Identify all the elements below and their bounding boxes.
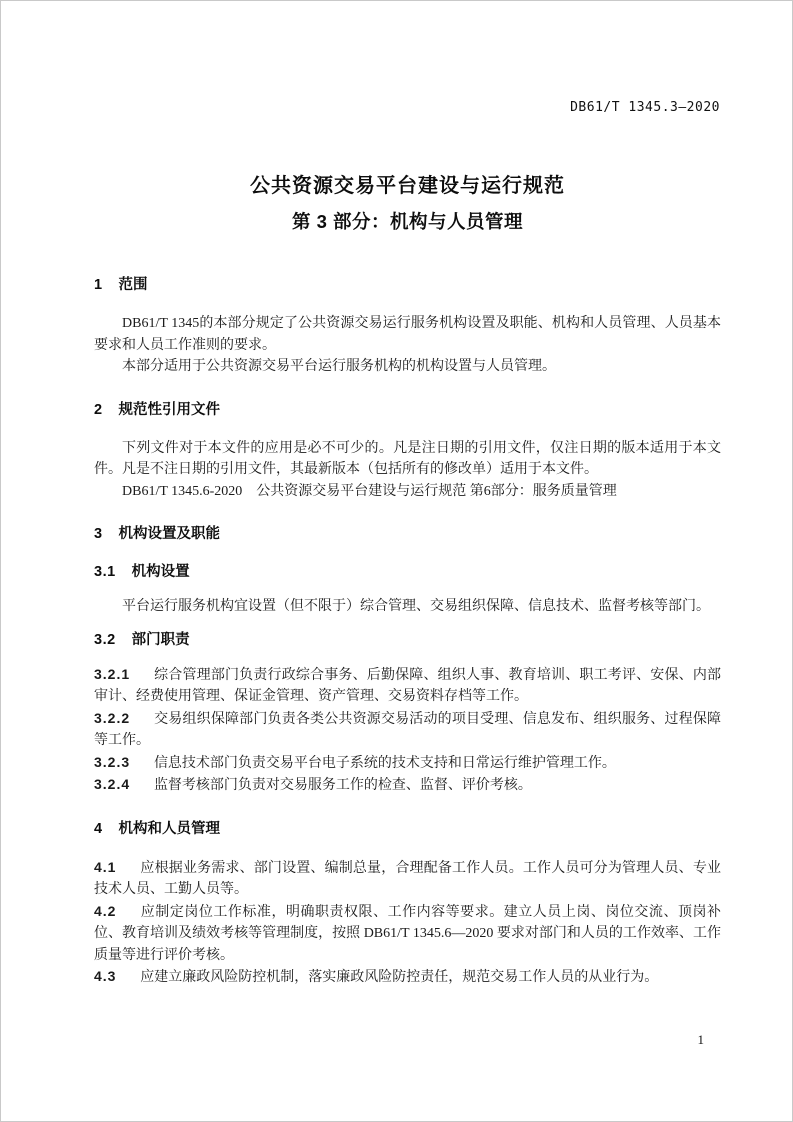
clause-3-2-3-number: 3.2.3 [94,754,130,770]
clause-4-3-number: 4.3 [94,968,116,984]
document-page: DB61/T 1345.3—2020 公共资源交易平台建设与运行规范 第 3 部… [0,0,793,1122]
section-2-reference: DB61/T 1345.6-2020 公共资源交易平台建设与运行规范 第6部分：… [94,481,721,503]
section-1-heading: 1范围 [94,275,721,295]
clause-3-2-1-text: 综合管理部门负责行政综合事务、后勤保障、组织人事、教育培训、职工考评、安保、内部… [94,668,721,705]
clause-3-2-2-number: 3.2.2 [94,710,130,726]
section-3-2-title: 部门职责 [132,632,190,648]
section-3-2-heading: 3.2部门职责 [94,630,721,650]
clause-4-1-number: 4.1 [94,859,116,875]
clause-4-2-text: 应制定岗位工作标准，明确职责权限、工作内容等要求。建立人员上岗、岗位交流、顶岗补… [94,905,721,963]
clause-4-3: 4.3应建立廉政风险防控机制，落实廉政风险防控责任，规范交易工作人员的从业行为。 [94,966,721,989]
section-2-paragraph-1: 下列文件对于本文件的应用是必不可少的。凡是注日期的引用文件，仅注日期的版本适用于… [94,438,721,481]
section-3-1-number: 3.1 [94,564,116,580]
clause-3-2-3: 3.2.3信息技术部门负责交易平台电子系统的技术支持和日常运行维护管理工作。 [94,752,721,775]
clause-3-2-4-text: 监督考核部门负责对交易服务工作的检查、监督、评价考核。 [154,778,532,793]
clause-3-2-4: 3.2.4监督考核部门负责对交易服务工作的检查、监督、评价考核。 [94,774,721,797]
clause-3-2-2-text: 交易组织保障部门负责各类公共资源交易活动的项目受理、信息发布、组织服务、过程保障… [94,712,721,749]
section-2-heading: 2规范性引用文件 [94,400,721,420]
clause-4-3-text: 应建立廉政风险防控机制，落实廉政风险防控责任，规范交易工作人员的从业行为。 [140,970,658,985]
section-1-title: 范围 [119,277,148,293]
section-1-paragraph-1: DB61/T 1345的本部分规定了公共资源交易运行服务机构设置及职能、机构和人… [94,313,721,356]
section-4-title: 机构和人员管理 [119,821,221,837]
clause-3-2-1-number: 3.2.1 [94,666,130,682]
clause-4-1-text: 应根据业务需求、部门设置、编制总量，合理配备工作人员。工作人员可分为管理人员、专… [94,861,721,898]
doc-title-line1: 公共资源交易平台建设与运行规范 [94,173,721,199]
section-3-1-heading: 3.1机构设置 [94,562,721,582]
document-content: 公共资源交易平台建设与运行规范 第 3 部分：机构与人员管理 1范围 DB61/… [94,1,721,989]
section-4-heading: 4机构和人员管理 [94,819,721,839]
section-1-paragraph-2: 本部分适用于公共资源交易平台运行服务机构的机构设置与人员管理。 [94,356,721,378]
section-2-title: 规范性引用文件 [119,402,221,418]
section-3-1-title: 机构设置 [132,564,190,580]
page-number: 1 [698,1032,705,1048]
section-3-number: 3 [94,526,103,542]
clause-4-2-number: 4.2 [94,903,116,919]
section-2-number: 2 [94,402,103,418]
doc-title-line2: 第 3 部分：机构与人员管理 [94,209,721,235]
section-3-title: 机构设置及职能 [119,526,221,542]
clause-3-2-3-text: 信息技术部门负责交易平台电子系统的技术支持和日常运行维护管理工作。 [154,756,616,771]
clause-4-2: 4.2应制定岗位工作标准，明确职责权限、工作内容等要求。建立人员上岗、岗位交流、… [94,901,721,967]
clause-3-2-2: 3.2.2交易组织保障部门负责各类公共资源交易活动的项目受理、信息发布、组织服务… [94,708,721,752]
section-3-1-paragraph-1: 平台运行服务机构宜设置（但不限于）综合管理、交易组织保障、信息技术、监督考核等部… [94,596,721,618]
clause-3-2-4-number: 3.2.4 [94,776,130,792]
clause-4-1: 4.1应根据业务需求、部门设置、编制总量，合理配备工作人员。工作人员可分为管理人… [94,857,721,901]
section-4-number: 4 [94,821,103,837]
section-3-2-number: 3.2 [94,632,116,648]
section-3-heading: 3机构设置及职能 [94,524,721,544]
section-1-number: 1 [94,277,103,293]
clause-3-2-1: 3.2.1综合管理部门负责行政综合事务、后勤保障、组织人事、教育培训、职工考评、… [94,664,721,708]
